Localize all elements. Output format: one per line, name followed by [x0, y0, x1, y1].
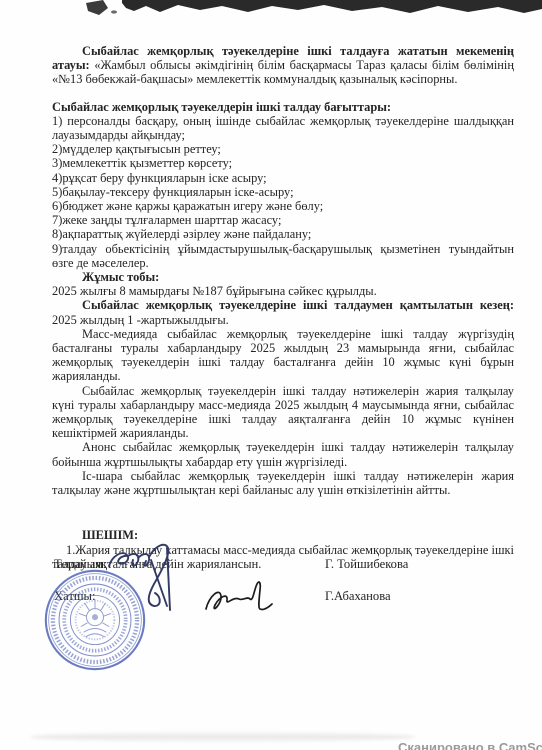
direction-item: 7)жеке заңды тұлғалармен шарттар жасасу;: [52, 213, 514, 227]
workgroup-heading: Жұмыс тобы:: [52, 270, 514, 284]
direction-item: 2)мүдделер қақтығысын реттеу;: [52, 142, 514, 156]
direction-item: 5)бақылау-тексеру функцияларын іске-асыр…: [52, 185, 514, 199]
announce-paragraph: Анонс сыбайлас жемқорлық тәуекелдерін іш…: [52, 440, 514, 468]
institution-paragraph: Сыбайлас жемқорлық тәуекелдеріне ішкі та…: [52, 44, 514, 87]
massmedia-end-paragraph: Сыбайлас жемқорлық тәуекелдерін ішкі тал…: [52, 384, 514, 441]
secretary-name: Г.Абаханова: [325, 589, 391, 604]
signature-block: Төрайым: Г. Тойшибекова Хатшы: Г.Абахано…: [52, 550, 514, 750]
document-body: Сыбайлас жемқорлық тәуекелдеріне ішкі та…: [52, 44, 514, 571]
massmedia-start-paragraph: Масс-медияда сыбайлас жемқорлық тәуекелд…: [52, 327, 514, 384]
direction-item: 6)бюджет және қаржы қаражатын игеру және…: [52, 199, 514, 213]
scan-artifact-top-bar: [0, 0, 542, 18]
directions-heading: Сыбайлас жемқорлық тәуекелдерін ішкі тал…: [52, 100, 514, 114]
institution-value: «Жамбыл облысы әкімдігінің білім басқарм…: [52, 58, 514, 86]
direction-item: 8)ақпараттық жүйелерді әзірлеу және пайд…: [52, 227, 514, 241]
event-paragraph: Іс-шара сыбайлас жемқорлық тәуекелдерін …: [52, 469, 514, 497]
scanned-document-page: Сыбайлас жемқорлық тәуекелдеріне ішкі та…: [0, 0, 542, 750]
direction-item: 1) персоналды басқару, оның ішінде сыбай…: [52, 114, 514, 142]
workgroup-text: 2025 жылғы 8 мамырдағы №187 бұйрығына сә…: [52, 284, 514, 298]
period-label: Сыбайлас жемқорлық тәуекелдеріне ішкі та…: [82, 298, 514, 312]
period-paragraph: Сыбайлас жемқорлық тәуекелдеріне ішкі та…: [52, 298, 514, 326]
direction-item: 3)мемлекеттік қызметтер көрсету;: [52, 156, 514, 170]
chairperson-signature-image: [104, 540, 182, 618]
secretary-signature-image: [202, 578, 274, 620]
camscanner-watermark: Сканировано в CamScanner: [398, 740, 542, 750]
chairperson-name: Г. Тойшибекова: [325, 557, 408, 572]
scan-shadow-artifact: [30, 732, 415, 742]
period-value: 2025 жылдың 1 -жартыжылдығы.: [52, 313, 229, 327]
direction-item: 9)талдау обьектісінің ұйымдастырушылық-б…: [52, 242, 514, 270]
direction-item: 4)рұқсат беру функцияларын іске асыру;: [52, 171, 514, 185]
